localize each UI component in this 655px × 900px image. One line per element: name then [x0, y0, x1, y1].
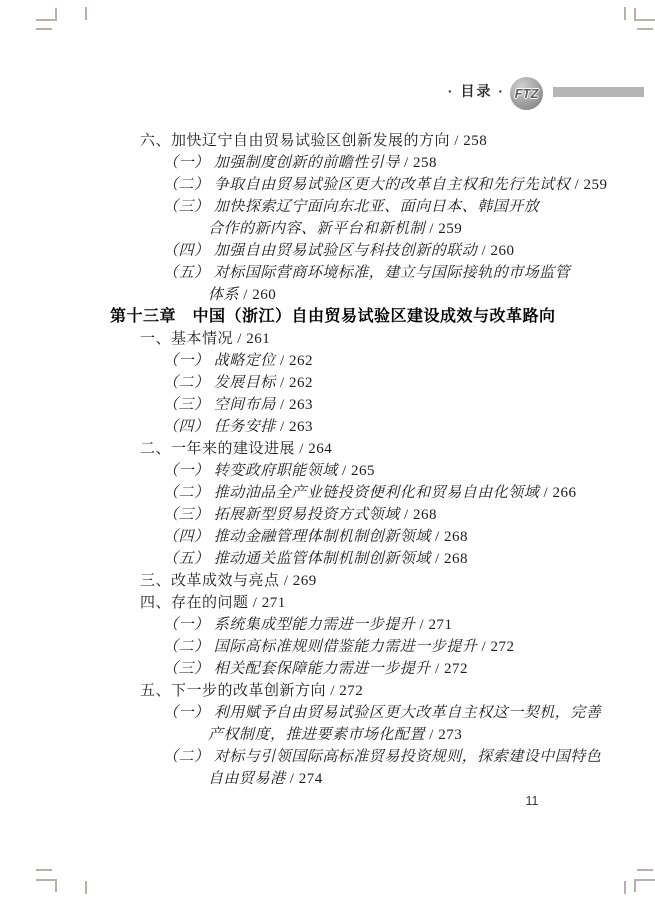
toc-entry-page: 263: [289, 397, 313, 413]
page-number: 11: [512, 794, 552, 808]
header-rule-bar: [553, 87, 644, 97]
page-separator: /: [286, 771, 299, 787]
page-separator: /: [276, 353, 289, 369]
toc-entry-page: 268: [444, 529, 468, 545]
crop-mark-top-right-dash: [637, 28, 653, 30]
toc-line: （五） 对标国际营商环境标准，建立与国际接轨的市场监管: [0, 262, 655, 284]
toc-line: 体系 / 260: [0, 284, 655, 306]
toc-entry-text: （二） 国际高标准规则借鉴能力需进一步提升: [163, 639, 477, 655]
page-separator: /: [415, 617, 428, 633]
toc-line: （二） 国际高标准规则借鉴能力需进一步提升 / 272: [0, 636, 655, 658]
crop-mark-bottom-left-tick: [85, 881, 87, 894]
crop-mark-top-left-corner: [36, 8, 57, 21]
toc-entry-page: 269: [293, 573, 317, 589]
toc-line: （三） 相关配套保障能力需进一步提升 / 272: [0, 658, 655, 680]
toc-entry-text: （四） 推动金融管理体制机制创新领域: [163, 529, 431, 545]
toc-entry-page: 259: [438, 221, 462, 237]
toc-entry-page: 272: [339, 683, 363, 699]
toc-entry-page: 268: [444, 551, 468, 567]
page-separator: /: [338, 463, 351, 479]
toc-line: （四） 任务安排 / 263: [0, 416, 655, 438]
toc-entry-text: （四） 加强自由贸易试验区与科技创新的联动: [163, 243, 477, 259]
toc-line: （一） 系统集成型能力需进一步提升 / 271: [0, 614, 655, 636]
toc-line: 自由贸易港 / 274: [0, 768, 655, 790]
toc-line: （五） 推动通关监管体制机制创新领域 / 268: [0, 548, 655, 570]
toc-entry-text: （四） 任务安排: [163, 419, 276, 435]
toc-entry-text: 自由贸易港: [208, 771, 286, 787]
toc-entry-page: 260: [490, 243, 514, 259]
toc-line: 合作的新内容、新平台和新机制 / 259: [0, 218, 655, 240]
page-separator: /: [276, 397, 289, 413]
toc-entry-text: 五、下一步的改革创新方向: [140, 683, 326, 699]
toc-line: （一） 战略定位 / 262: [0, 350, 655, 372]
toc-line: （四） 推动金融管理体制机制创新领域 / 268: [0, 526, 655, 548]
toc-entry-text: （三） 拓展新型贸易投资方式领域: [163, 507, 400, 523]
toc-entry-page: 263: [289, 419, 313, 435]
toc-entry-text: 三、改革成效与亮点: [140, 573, 280, 589]
toc-entry-page: 271: [428, 617, 452, 633]
toc-entry-page: 265: [351, 463, 375, 479]
crop-mark-bottom-right-tick: [624, 881, 626, 894]
toc-entry-text: 六、加快辽宁自由贸易试验区创新发展的方向: [140, 133, 450, 149]
toc-entry-page: 260: [252, 287, 276, 303]
toc-entry-text: （二） 发展目标: [163, 375, 276, 391]
page-separator: /: [425, 727, 438, 743]
toc-line: 五、下一步的改革创新方向 / 272: [0, 680, 655, 702]
page-separator: /: [425, 221, 438, 237]
toc-line: 一、基本情况 / 261: [0, 328, 655, 350]
toc-entry-text: （五） 对标国际营商环境标准，建立与国际接轨的市场监管: [163, 265, 570, 281]
toc-header-label: · 目录 ·: [0, 81, 505, 101]
page-separator: /: [431, 529, 444, 545]
toc-entry-text: 合作的新内容、新平台和新机制: [208, 221, 425, 237]
toc-line: （四） 加强自由贸易试验区与科技创新的联动 / 260: [0, 240, 655, 262]
toc-entry-page: 258: [413, 155, 437, 171]
book-page: { "header": { "label": "· 目录 ·", "logo_t…: [0, 0, 655, 900]
toc-entry-text: （二） 争取自由贸易试验区更大的改革自主权和先行先试权: [163, 177, 570, 193]
toc-line: （三） 空间布局 / 263: [0, 394, 655, 416]
crop-mark-bottom-left-dash: [36, 869, 52, 871]
toc-entry-text: 一、基本情况: [140, 331, 233, 347]
toc-line: 四、存在的问题 / 271: [0, 592, 655, 614]
toc-entry-page: 259: [583, 177, 607, 193]
toc-line: （三） 拓展新型贸易投资方式领域 / 268: [0, 504, 655, 526]
toc-entry-text: （一） 系统集成型能力需进一步提升: [163, 617, 415, 633]
toc-entry-text: （一） 战略定位: [163, 353, 276, 369]
toc-entry-text: 第十三章 中国（浙江）自由贸易试验区建设成效与改革路向: [110, 308, 556, 325]
toc-line: （一） 加强制度创新的前瞻性引导 / 258: [0, 152, 655, 174]
toc-line: （二） 发展目标 / 262: [0, 372, 655, 394]
toc-entry-text: 体系: [208, 287, 239, 303]
toc-entry-page: 271: [262, 595, 286, 611]
page-separator: /: [431, 661, 444, 677]
toc-entry-text: 产权制度，推进要素市场化配置: [208, 727, 425, 743]
page-separator: /: [570, 177, 583, 193]
crop-mark-top-right-corner: [634, 8, 655, 21]
toc-line: 三、改革成效与亮点 / 269: [0, 570, 655, 592]
page-separator: /: [239, 287, 252, 303]
page-separator: /: [249, 595, 262, 611]
page-separator: /: [400, 507, 413, 523]
crop-mark-bottom-left-corner: [36, 879, 57, 892]
ftz-logo: FTZ: [510, 77, 543, 110]
page-separator: /: [431, 551, 444, 567]
page-separator: /: [477, 639, 490, 655]
toc-entry-text: 四、存在的问题: [140, 595, 249, 611]
page-separator: /: [400, 155, 413, 171]
page-separator: /: [280, 573, 293, 589]
toc-entry-page: 258: [463, 133, 487, 149]
page-separator: /: [276, 375, 289, 391]
toc-entry-page: 274: [299, 771, 323, 787]
crop-mark-bottom-right-dash: [637, 869, 653, 871]
crop-mark-top-left-tick: [85, 7, 87, 20]
crop-mark-bottom-right-corner: [634, 879, 655, 892]
toc-line: 六、加快辽宁自由贸易试验区创新发展的方向 / 258: [0, 130, 655, 152]
toc-entry-text: （三） 相关配套保障能力需进一步提升: [163, 661, 431, 677]
page-separator: /: [233, 331, 246, 347]
toc-line: （一） 转变政府职能领域 / 265: [0, 460, 655, 482]
toc-line: （一） 利用赋予自由贸易试验区更大改革自主权这一契机，完善: [0, 702, 655, 724]
toc-entry-text: 二、一年来的建设进展: [140, 441, 295, 457]
page-separator: /: [295, 441, 308, 457]
page-separator: /: [276, 419, 289, 435]
toc-line: （三） 加快探索辽宁面向东北亚、面向日本、韩国开放: [0, 196, 655, 218]
toc-entry-text: （三） 空间布局: [163, 397, 276, 413]
toc-entry-text: （一） 加强制度创新的前瞻性引导: [163, 155, 400, 171]
toc-entry-page: 266: [552, 485, 576, 501]
toc-line: （二） 推动油品全产业链投资便利化和贸易自由化领域 / 266: [0, 482, 655, 504]
toc-entry-page: 273: [438, 727, 462, 743]
page-separator: /: [326, 683, 339, 699]
toc-entry-text: （五） 推动通关监管体制机制创新领域: [163, 551, 431, 567]
page-separator: /: [450, 133, 463, 149]
toc-entry-page: 272: [444, 661, 468, 677]
ftz-logo-text: FTZ: [515, 86, 539, 101]
toc-entry-text: （二） 对标与引领国际高标准贸易投资规则，探索建设中国特色: [163, 749, 601, 765]
toc-entry-text: （一） 利用赋予自由贸易试验区更大改革自主权这一契机，完善: [163, 705, 601, 721]
crop-mark-top-left-dash: [36, 28, 52, 30]
toc-entry-page: 268: [413, 507, 437, 523]
toc-entry-page: 264: [308, 441, 332, 457]
toc-entry-page: 272: [490, 639, 514, 655]
page-separator: /: [477, 243, 490, 259]
toc-line: 产权制度，推进要素市场化配置 / 273: [0, 724, 655, 746]
toc-entry-text: （二） 推动油品全产业链投资便利化和贸易自由化领域: [163, 485, 539, 501]
toc-list: 六、加快辽宁自由贸易试验区创新发展的方向 / 258（一） 加强制度创新的前瞻性…: [0, 130, 655, 790]
toc-line: （二） 争取自由贸易试验区更大的改革自主权和先行先试权 / 259: [0, 174, 655, 196]
toc-line: 二、一年来的建设进展 / 264: [0, 438, 655, 460]
crop-mark-top-right-tick: [624, 7, 626, 20]
toc-entry-page: 262: [289, 375, 313, 391]
toc-entry-text: （三） 加快探索辽宁面向东北亚、面向日本、韩国开放: [163, 199, 539, 215]
toc-line: （二） 对标与引领国际高标准贸易投资规则，探索建设中国特色: [0, 746, 655, 768]
toc-entry-page: 261: [246, 331, 270, 347]
toc-line: 第十三章 中国（浙江）自由贸易试验区建设成效与改革路向: [0, 306, 655, 328]
toc-entry-text: （一） 转变政府职能领域: [163, 463, 338, 479]
page-separator: /: [539, 485, 552, 501]
toc-entry-page: 262: [289, 353, 313, 369]
